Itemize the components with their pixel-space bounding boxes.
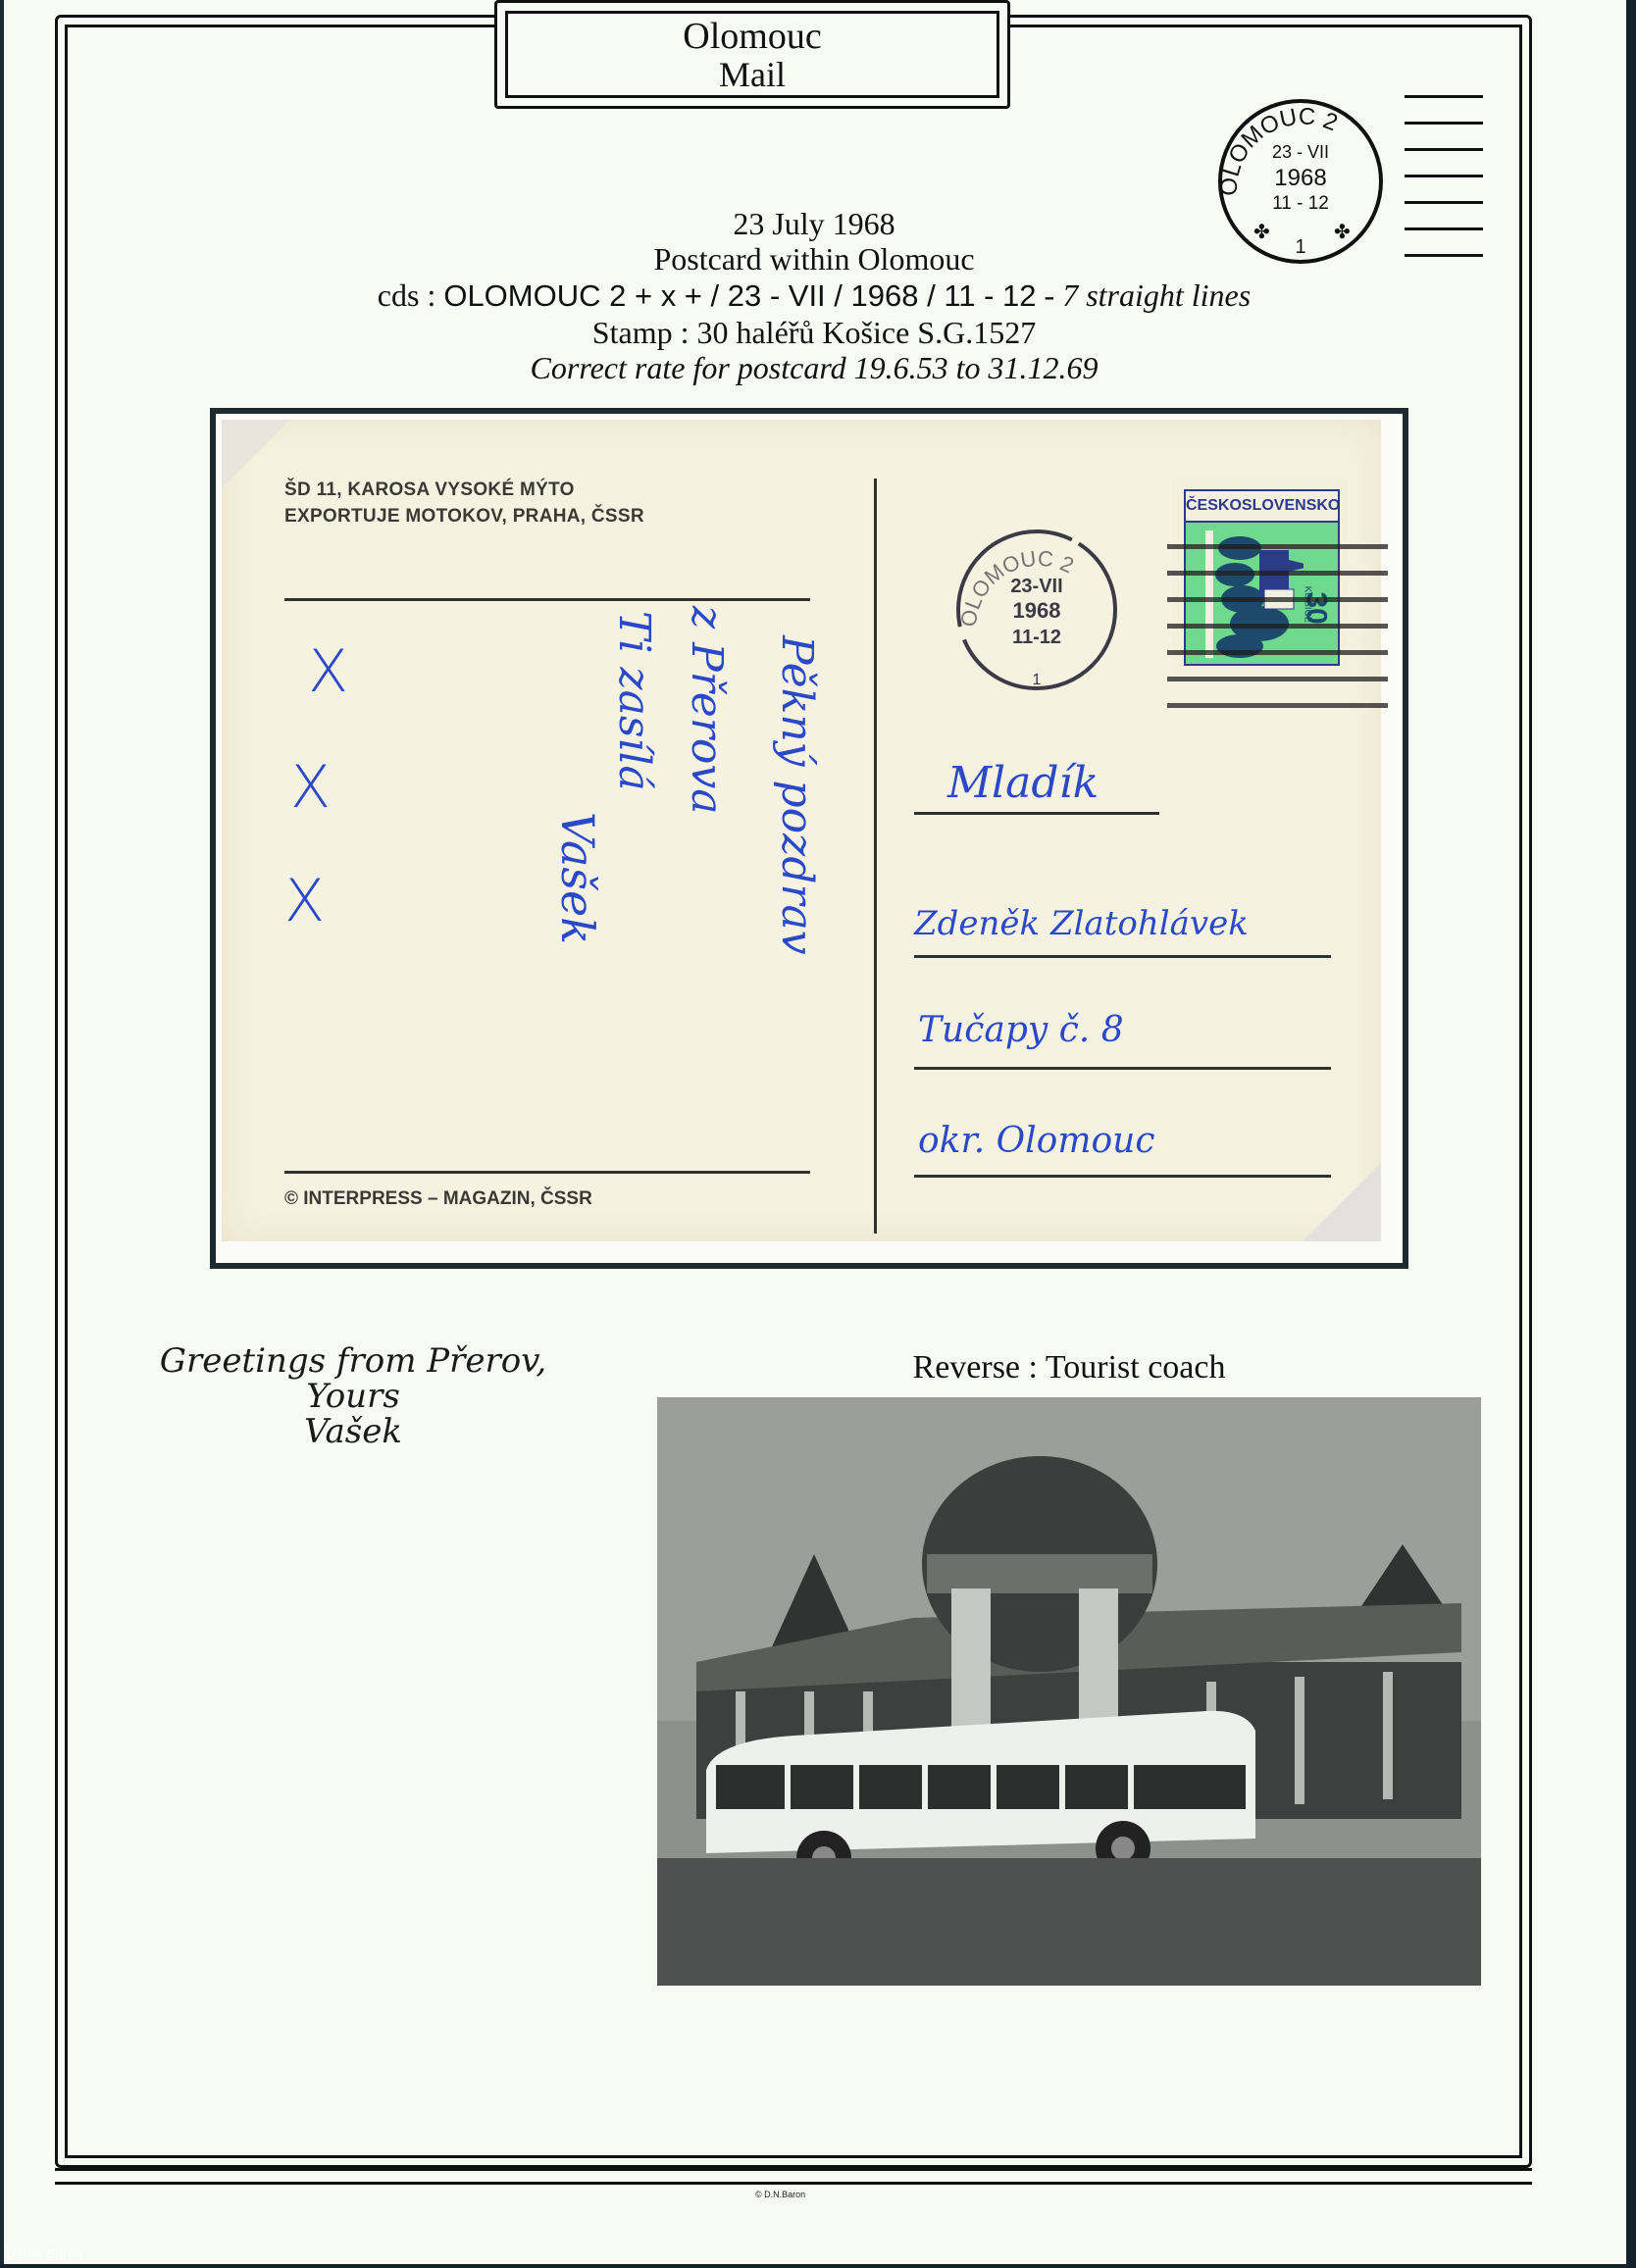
- postcard-center-divider: [874, 479, 877, 1234]
- page-subtitle: Mail: [719, 56, 786, 93]
- watermark: Derek Baron: [6, 2245, 83, 2261]
- page-title-box: Olomouc Mail: [494, 0, 1010, 109]
- address-rule: [914, 812, 1159, 815]
- kiss-mark: X: [290, 753, 331, 822]
- cover-type: Postcard within Olomouc: [245, 241, 1383, 277]
- message-line: z Přerova: [682, 606, 732, 814]
- address-rule: [914, 955, 1331, 958]
- cds-text: OLOMOUC 2 + x + / 23 - VII / 1968 / 11 -…: [443, 278, 1036, 313]
- address-line: okr. Olomouc: [918, 1121, 1155, 1161]
- postage-stamp: ČESKOSLOVENSKO KOŠICE 30: [1172, 478, 1349, 674]
- stamp-country: ČESKOSLOVENSKO: [1186, 491, 1338, 523]
- divider-rule: [284, 1171, 810, 1174]
- scan-edge: [0, 0, 4, 2268]
- svg-text:1: 1: [1033, 672, 1042, 688]
- postcard-postmark: OLOMOUC 2 23-VII 1968 11-12 1: [946, 520, 1128, 701]
- stamp-description: Stamp : 30 haléřů Košice S.G.1527: [245, 315, 1383, 350]
- message-line: Vašek: [551, 812, 604, 944]
- kiss-mark: X: [308, 637, 348, 706]
- cds-description: cds : OLOMOUC 2 + x + / 23 - VII / 1968 …: [245, 277, 1383, 315]
- cover-date: 23 July 1968: [245, 206, 1383, 241]
- address-line: Mladík: [947, 758, 1099, 808]
- address-line: Zdeněk Zlatohlávek: [914, 904, 1249, 943]
- address-rule: [914, 1067, 1331, 1070]
- publisher-copyright: © INTERPRESS – MAGAZIN, ČSSR: [284, 1188, 592, 1210]
- address-line: Tučapy č. 8: [918, 1010, 1124, 1050]
- page-title: Olomouc: [683, 17, 821, 56]
- cancel-lines-illustration: [1405, 95, 1483, 280]
- message-translation: Greetings from Přerov, Yours Vašek: [137, 1343, 569, 1449]
- svg-text:23-VII: 23-VII: [1010, 576, 1062, 597]
- publisher-text: ŠD 11, KAROSA VYSOKÉ MÝTO EXPORTUJE MOTO…: [284, 477, 644, 529]
- scan-edge: [0, 2264, 1636, 2268]
- tourist-coach-photo: [657, 1397, 1481, 1986]
- rate-note: Correct rate for postcard 19.6.53 to 31.…: [245, 350, 1383, 385]
- address-rule: [914, 1175, 1331, 1178]
- cds-note: - 7 straight lines: [1037, 277, 1252, 313]
- reverse-caption: Reverse : Tourist coach: [647, 1349, 1491, 1386]
- photo-corner: [222, 420, 290, 488]
- kosice-skyline-icon: [1205, 530, 1304, 658]
- svg-text:1968: 1968: [1013, 598, 1061, 623]
- scan-edge: [1626, 0, 1636, 2268]
- message-line: Ti zasílá: [609, 611, 659, 791]
- svg-text:11-12: 11-12: [1012, 627, 1061, 648]
- kiss-mark: X: [284, 867, 325, 935]
- svg-text:23 - VII: 23 - VII: [1272, 142, 1329, 162]
- svg-text:1968: 1968: [1274, 165, 1326, 191]
- message-line: Pěkný pozdrav: [772, 635, 822, 955]
- description-block: 23 July 1968 Postcard within Olomouc cds…: [245, 206, 1383, 385]
- divider-rule: [284, 598, 810, 601]
- footer-rule: [55, 2168, 1532, 2171]
- author-credit: © D.N.Baron: [755, 2190, 805, 2199]
- footer-rule: [55, 2182, 1532, 2185]
